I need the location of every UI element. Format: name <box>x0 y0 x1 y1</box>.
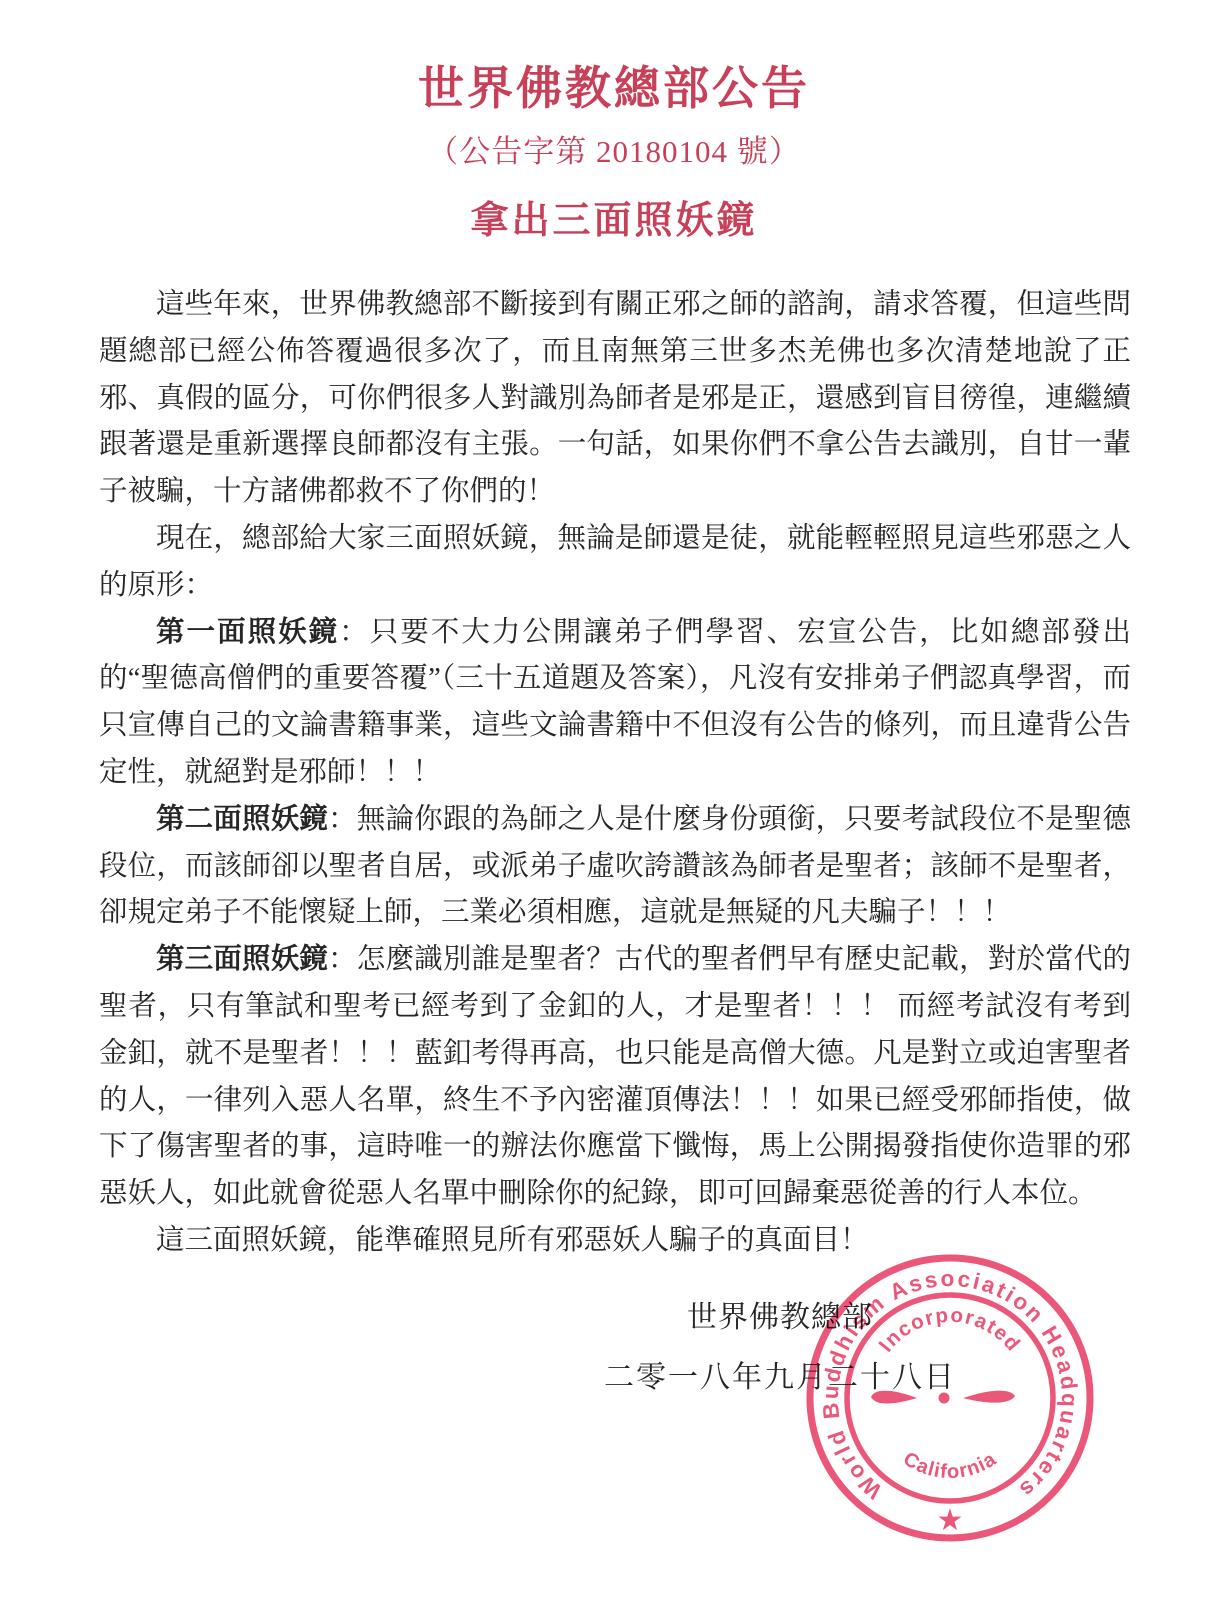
stamp-left-eye-shape <box>871 1391 917 1404</box>
document-header: 世界佛教總部公告 （公告字第 20180104 號） 拿出三面照妖鏡 <box>0 60 1228 244</box>
document-page: 世界佛教總部公告 （公告字第 20180104 號） 拿出三面照妖鏡 這些年來，… <box>0 0 1228 1600</box>
svg-text:California: California <box>899 1448 1000 1483</box>
page-subtitle: 拿出三面照妖鏡 <box>0 189 1228 244</box>
body-paragraph: 第二面照妖鏡：無論你跟的為師之人是什麼身份頭銜，只要考試段位不是聖德段位，而該師… <box>99 797 1131 937</box>
paragraph-lead: 第二面照妖鏡 <box>156 804 328 835</box>
page-title: 世界佛教總部公告 <box>0 60 1228 118</box>
paragraph-text: ：怎麼識別誰是聖者？古代的聖者們早有歷史記載，對於當代的聖者，只有筆試和聖考已經… <box>99 944 1131 1209</box>
stamp-right-eye-shape <box>963 1391 1015 1403</box>
stamp-center-dot <box>939 1393 950 1404</box>
org-stamp: World Buddhism Association Headquarters … <box>800 1248 1100 1548</box>
stamp-california-text: California <box>899 1448 1000 1483</box>
paragraph-text: 現在，總部給大家三面照妖鏡，無論是師還是徒，就能輕輕照見這些邪惡之人的原形： <box>99 523 1131 601</box>
stamp-outer-ring <box>810 1258 1090 1538</box>
document-body: 這些年來，世界佛教總部不斷接到有關正邪之師的諮詢，請求答覆，但這些問題總部已經公… <box>99 282 1131 1265</box>
paragraph-lead: 第三面照妖鏡 <box>156 944 328 975</box>
paragraph-text: 這三面照妖鏡，能準確照見所有邪惡妖人騙子的真面目！ <box>156 1225 869 1256</box>
body-paragraph: 這些年來，世界佛教總部不斷接到有關正邪之師的諮詢，請求答覆，但這些問題總部已經公… <box>99 282 1131 516</box>
doc-number: （公告字第 20180104 號） <box>0 126 1228 171</box>
body-paragraph: 第一面照妖鏡：只要不大力公開讓弟子們學習、宏宣公告，比如總部發出的“聖德高僧們的… <box>99 610 1131 797</box>
body-paragraph: 第三面照妖鏡：怎麼識別誰是聖者？古代的聖者們早有歷史記載，對於當代的聖者，只有筆… <box>99 937 1131 1218</box>
paragraph-lead: 第一面照妖鏡 <box>156 617 339 648</box>
star-icon: ★ <box>937 1504 964 1537</box>
paragraph-text: 這些年來，世界佛教總部不斷接到有關正邪之師的諮詢，請求答覆，但這些問題總部已經公… <box>99 289 1131 507</box>
body-paragraph: 現在，總部給大家三面照妖鏡，無論是師還是徒，就能輕輕照見這些邪惡之人的原形： <box>99 516 1131 610</box>
